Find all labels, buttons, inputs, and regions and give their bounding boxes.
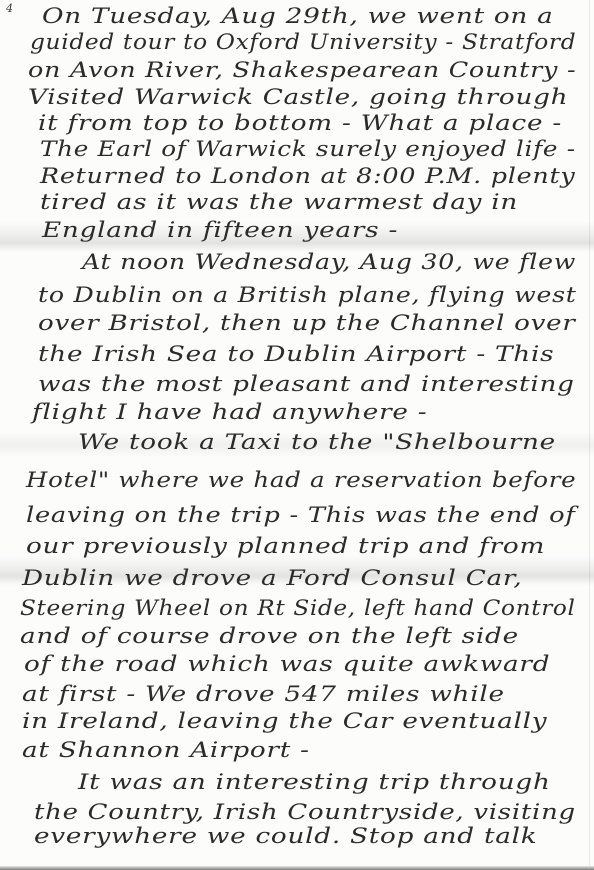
text-line: leaving on the trip - This was the end o… (26, 503, 576, 527)
paper-edge (0, 866, 594, 870)
text-line: at Shannon Airport - (22, 738, 310, 762)
text-line: Hotel" where we had a reservation before (26, 468, 576, 492)
text-line: of the road which was quite awkward (24, 652, 550, 676)
text-line: our previously planned trip and from (26, 534, 545, 558)
text-line: It was an interesting trip through (78, 770, 551, 794)
text-line: At noon Wednesday, Aug 30, we flew (82, 250, 576, 274)
text-line: The Earl of Warwick surely enjoyed life … (40, 137, 576, 161)
text-line: on Avon River, Shakespearean Country - (28, 58, 576, 82)
text-line: it from top to bottom - What a place - (38, 111, 562, 135)
page-number: 4 (6, 2, 13, 15)
text-line: Returned to London at 8:00 P.M. plenty (40, 164, 576, 188)
text-line: England in fifteen years - (42, 218, 398, 242)
text-line: the Irish Sea to Dublin Airport - This (38, 342, 554, 366)
text-line: Steering Wheel on Rt Side, left hand Con… (20, 596, 576, 620)
text-line: Dublin we drove a Ford Consul Car, (22, 566, 522, 590)
text-line: in Ireland, leaving the Car eventually (22, 709, 547, 733)
text-line: and of course drove on the left side (20, 624, 519, 648)
text-line: Visited Warwick Castle, going through (28, 85, 568, 109)
text-line: was the most pleasant and interesting (38, 372, 575, 396)
text-line: everywhere we could. Stop and talk (34, 824, 537, 848)
text-line: We took a Taxi to the "Shelbourne (78, 430, 556, 454)
paper-edge (589, 0, 590, 870)
text-line: tired as it was the warmest day in (40, 190, 518, 214)
text-line: flight I have had anywhere - (32, 400, 427, 424)
text-line: over Bristol, then up the Channel over (38, 311, 576, 335)
letter-page: 4 On Tuesday, Aug 29th, we went on a gui… (0, 0, 594, 870)
text-line: guided tour to Oxford University - Strat… (30, 30, 576, 54)
text-line: to Dublin on a British plane, flying wes… (38, 283, 577, 307)
text-line: the Country, Irish Countryside, visiting (34, 800, 576, 824)
text-line: at first - We drove 547 miles while (22, 682, 505, 706)
text-line: On Tuesday, Aug 29th, we went on a (42, 4, 554, 28)
